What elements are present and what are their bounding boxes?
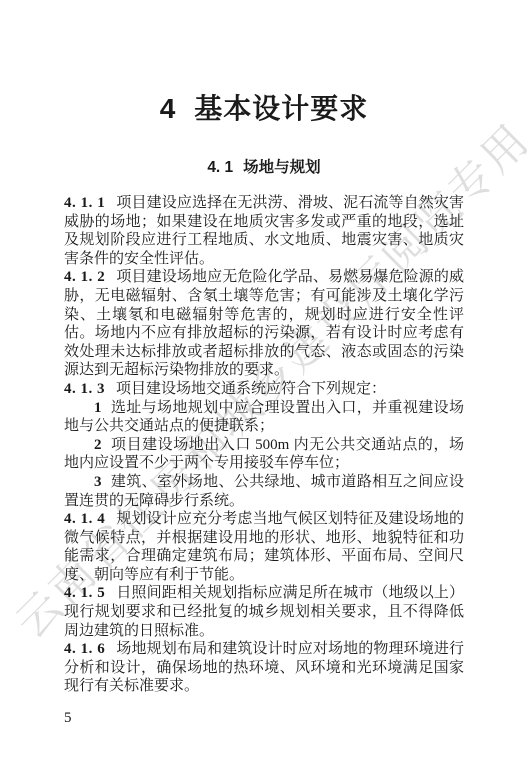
clause-label: 4. 1. 3 — [64, 381, 105, 397]
item-number: 2 — [94, 437, 102, 453]
item-number: 3 — [94, 474, 102, 490]
clause-4-1-6: 4. 1. 6场地规划布局和建筑设计时应对场地的物理环境进行分析和设计，确保场地… — [64, 640, 464, 696]
clause-text: 日照间距相关规划指标应满足所在城市（地级以上）现行规划要求和已经批复的城乡规划相… — [64, 585, 464, 638]
chapter-title: 基本设计要求 — [194, 93, 368, 124]
clause-text: 场地规划布局和建筑设计时应对场地的物理环境进行分析和设计，确保场地的热环境、风环… — [64, 641, 464, 694]
clause-label: 4. 1. 4 — [64, 511, 105, 527]
clause-label: 4. 1. 1 — [64, 195, 105, 211]
item-text: 项目建设场地出入口 500m 内无公共交通站点的，场地内应设置不少于两个专用接驳… — [64, 437, 464, 472]
clause-4-1-1: 4. 1. 1项目建设应选择在无洪涝、滑坡、泥石流等自然灾害威胁的场地；如果建设… — [64, 194, 464, 268]
clause-4-1-3: 4. 1. 3项目建设场地交通系统应符合下列规定： — [64, 380, 464, 399]
clause-text: 项目建设应选择在无洪涝、滑坡、泥石流等自然灾害威胁的场地；如果建设在地质灾害多发… — [64, 195, 464, 267]
clause-4-1-5: 4. 1. 5日照间距相关规划指标应满足所在城市（地级以上）现行规划要求和已经批… — [64, 584, 464, 640]
section-number: 4. 1 — [207, 159, 233, 176]
clause-4-1-3-item-1: 1选址与场地规划中应合理设置出入口，并重视建设场地与公共交通站点的便捷联系； — [64, 399, 464, 436]
chapter-number: 4 — [160, 93, 177, 124]
clause-text: 项目建设场地交通系统应符合下列规定： — [116, 381, 386, 397]
item-number: 1 — [94, 400, 102, 416]
clause-text: 规划设计应充分考虑当地气候区划特征及建设场地的微气候特点，并根据建设用地的形状、… — [64, 511, 464, 583]
section-title: 场地与规划 — [243, 159, 321, 176]
clause-label: 4. 1. 6 — [64, 641, 105, 657]
clause-4-1-3-item-2: 2项目建设场地出入口 500m 内无公共交通站点的，场地内应设置不少于两个专用接… — [64, 436, 464, 473]
page-content: 4基本设计要求 4. 1场地与规划 4. 1. 1项目建设应选择在无洪涝、滑坡、… — [0, 0, 528, 727]
item-text: 建筑、室外场地、公共绿地、城市道路相互之间应设置连贯的无障碍步行系统。 — [64, 474, 464, 509]
clause-label: 4. 1. 2 — [64, 269, 105, 285]
document-page: 云南省住房和城乡建设厅阅览专用 4基本设计要求 4. 1场地与规划 4. 1. … — [0, 0, 528, 767]
chapter-heading: 4基本设计要求 — [64, 92, 464, 126]
clause-4-1-3-item-3: 3建筑、室外场地、公共绿地、城市道路相互之间应设置连贯的无障碍步行系统。 — [64, 473, 464, 510]
item-text: 选址与场地规划中应合理设置出入口，并重视建设场地与公共交通站点的便捷联系； — [64, 400, 464, 435]
clause-4-1-4: 4. 1. 4规划设计应充分考虑当地气候区划特征及建设场地的微气候特点，并根据建… — [64, 510, 464, 584]
page-number: 5 — [64, 709, 464, 727]
clause-text: 项目建设场地应无危险化学品、易燃易爆危险源的威胁，无电磁辐射、含氡土壤等危害；有… — [64, 269, 464, 378]
section-heading: 4. 1场地与规划 — [64, 158, 464, 177]
clauses-body: 4. 1. 1项目建设应选择在无洪涝、滑坡、泥石流等自然灾害威胁的场地；如果建设… — [64, 194, 464, 696]
clause-4-1-2: 4. 1. 2项目建设场地应无危险化学品、易燃易爆危险源的威胁，无电磁辐射、含氡… — [64, 268, 464, 380]
clause-label: 4. 1. 5 — [64, 585, 105, 601]
